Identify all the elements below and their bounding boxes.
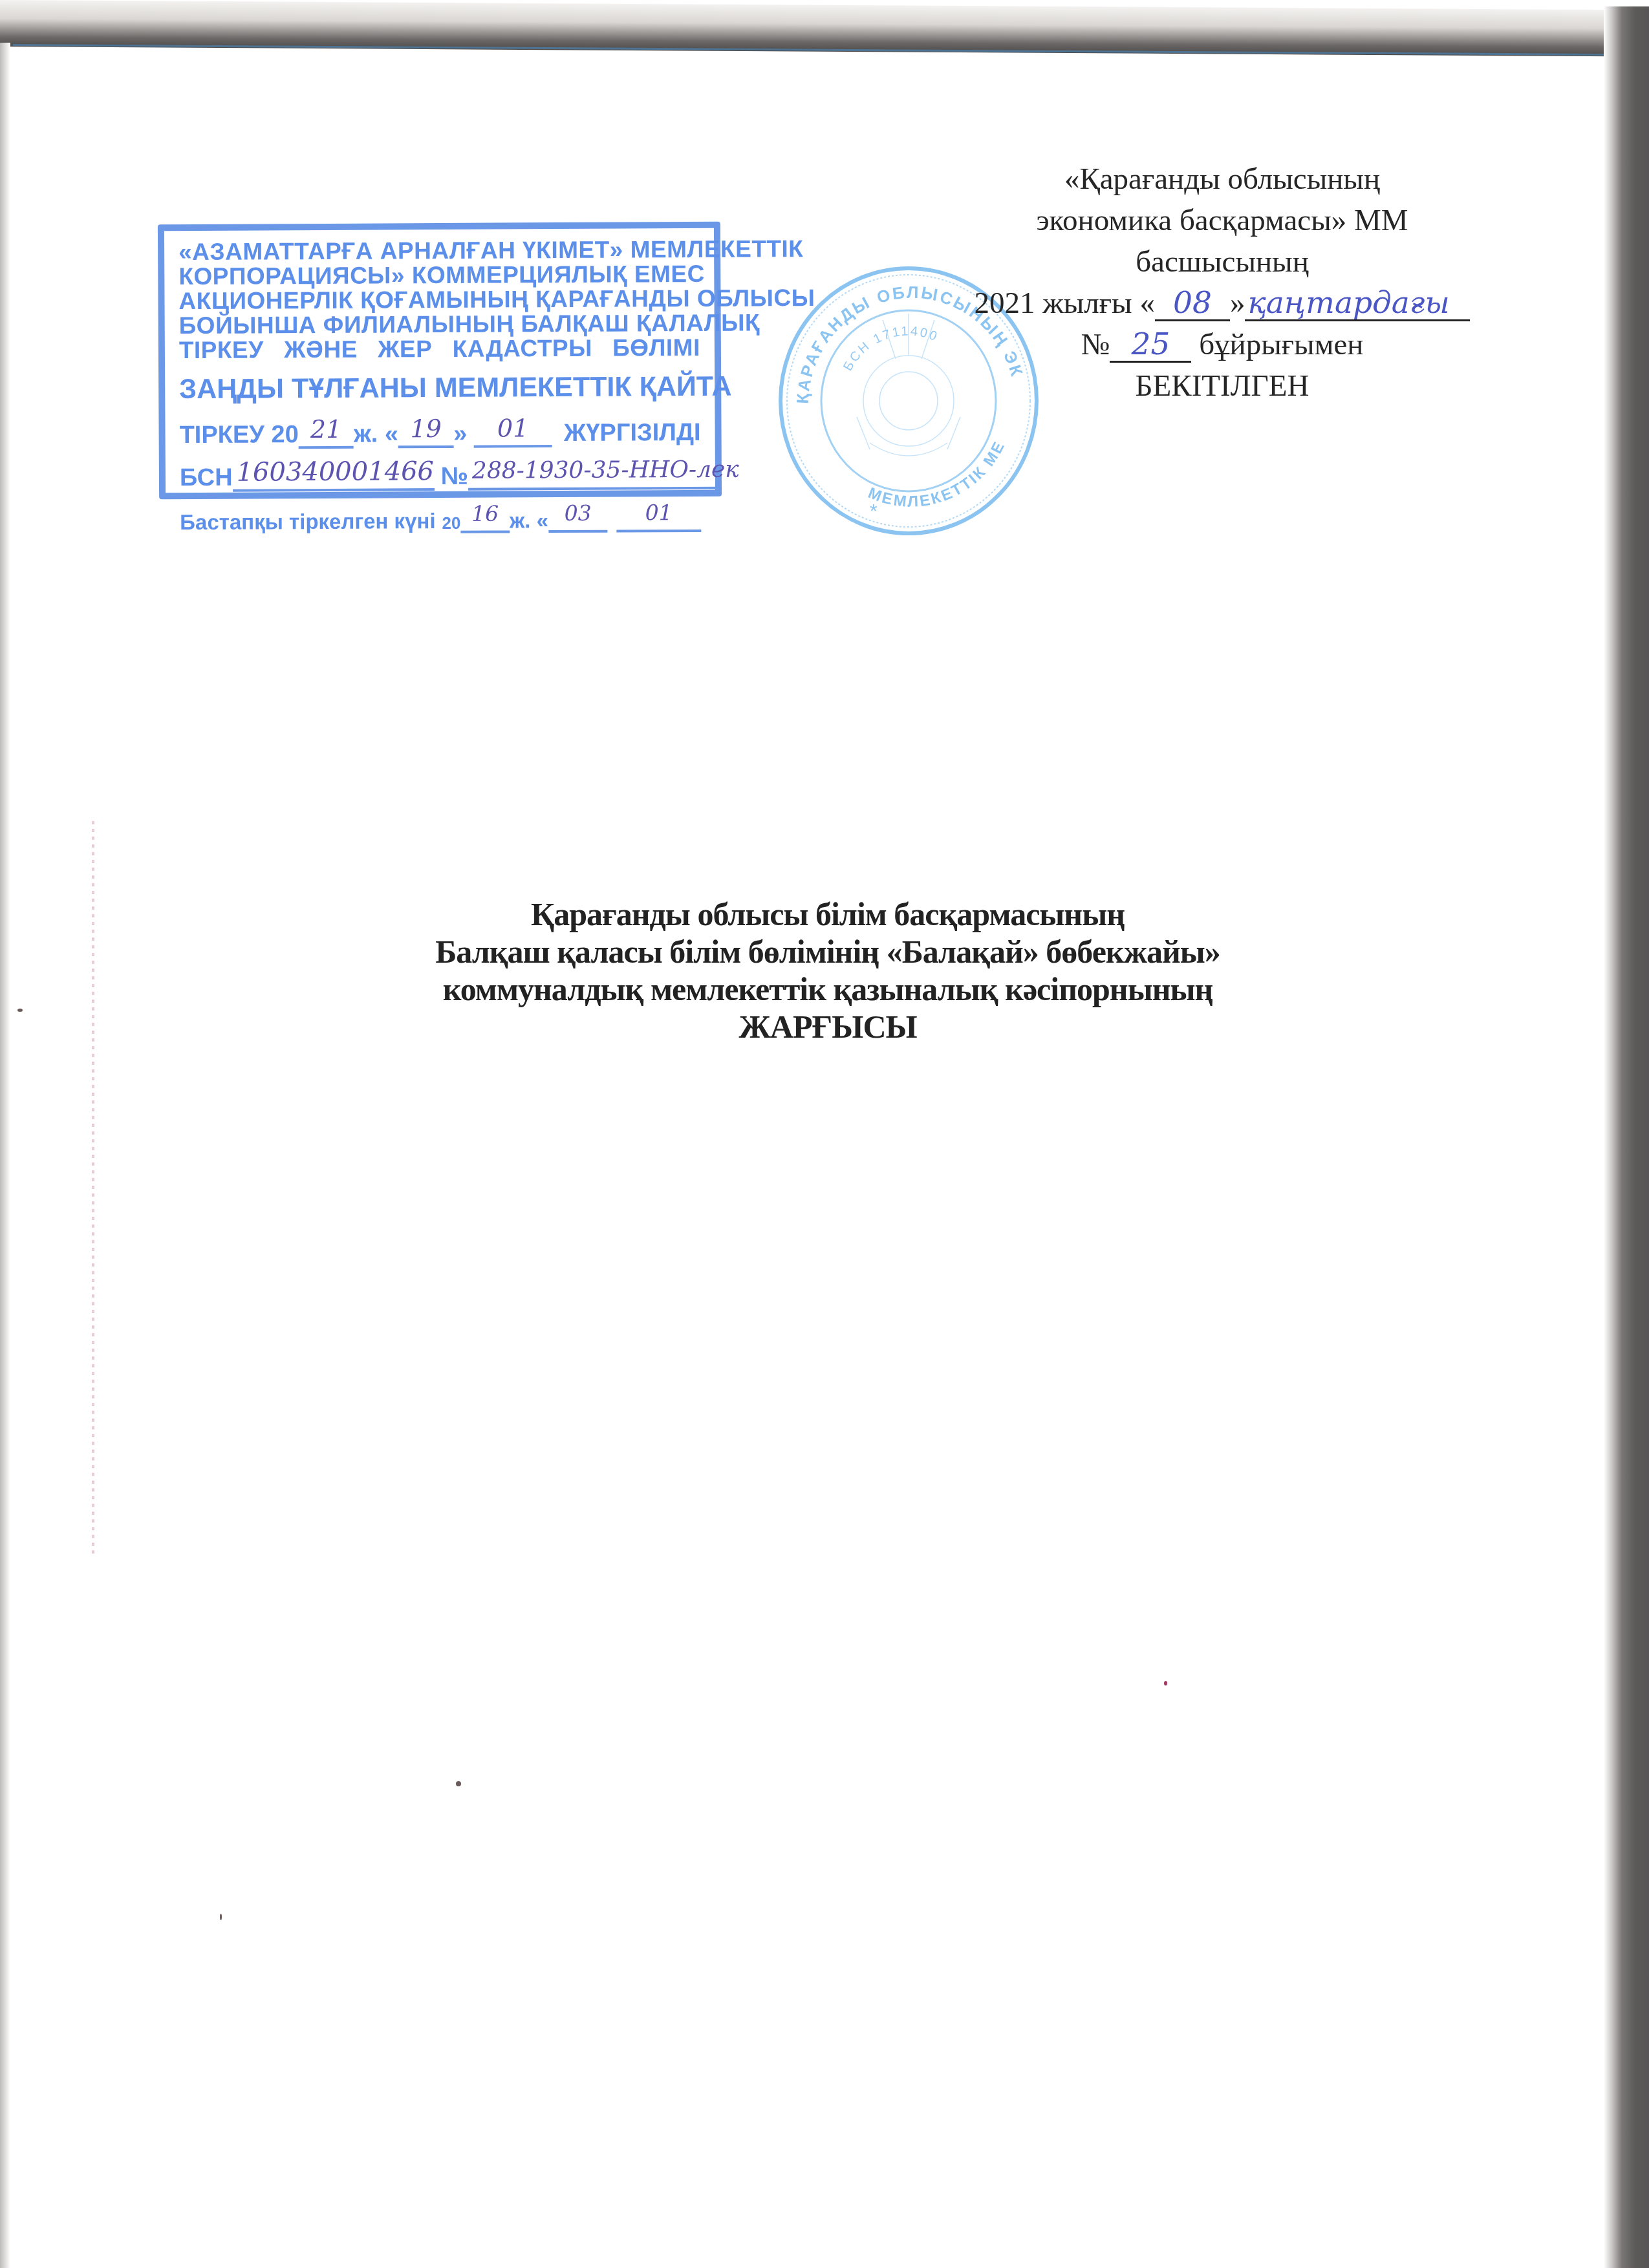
order-suffix: бұйрығымен [1199,328,1363,361]
scanner-shadow-left [0,43,10,2268]
scanner-shadow-top [0,0,1649,57]
initial-year: 16 [460,497,510,533]
initial-year-suffix: ж. « [510,508,548,533]
approval-line-3: басшысының [918,241,1526,283]
bin-row: БСН 160340001466 № 288-1930-35-ННО-лек [180,447,701,492]
initial-registration-row: Бастапқы тіркелген күні 20 16 ж. « 03 01 [180,489,701,535]
title-line-4: ЖАРҒЫСЫ [259,1008,1397,1045]
registration-day: 19 [398,412,453,448]
order-number-line: №25 бұйрығымен [918,324,1526,365]
scan-speck [456,1781,461,1786]
stamp-header-line: ТІРКЕУ ЖӘНЕ ЖЕР КАДАСТРЫ БӨЛІМІ [179,336,700,363]
registration-done: ЖҮРГІЗІЛДІ [564,419,701,447]
scan-speck [1164,1681,1167,1685]
date-prefix: 2021 жылғы « [975,286,1155,320]
initial-day: 03 [548,497,608,533]
initial-month: 01 [616,496,701,533]
date-day: 08 [1155,287,1230,321]
registration-year: 21 [299,412,354,449]
number-value: 288-1930-35-ННО-лек [468,453,722,491]
date-month: қаңтардағы [1245,287,1470,321]
order-number-prefix: № [1081,328,1110,361]
registration-date-row: ТІРКЕУ 20 21 ж. « 19 » 01 ЖҮРГІЗІЛДІ [179,404,700,449]
re-registration-heading: ЗАҢДЫ ТҰЛҒАНЫ МЕМЛЕКЕТТІК ҚАЙТА [179,369,700,407]
approval-line-2: экономика басқармасы» ММ [918,200,1526,241]
registration-prefix: ТІРКЕУ 20 [179,421,298,449]
title-line-2: Балқаш қаласы білім бөлімінің «Балақай» … [259,933,1397,970]
document-title: Қарағанды облысы білім басқармасының Бал… [259,895,1397,1045]
initial-registration-label: Бастапқы тіркелген күні [180,509,435,535]
scan-speck [17,1009,23,1012]
registration-month: 01 [473,411,552,448]
scanner-shadow-right [1604,6,1649,2268]
approval-date-line: 2021 жылғы «08»қаңтардағы [918,283,1526,324]
approval-line-1: «Қарағанды облысының [918,158,1526,200]
order-number: 25 [1110,328,1191,363]
registration-stamp: «АЗАМАТТАРҒА АРНАЛҒАН ҮКІМЕТ» МЕМЛЕКЕТТІ… [158,222,722,500]
year-suffix: ж. « [354,420,398,448]
title-line-1: Қарағанды облысы білім басқармасының [259,895,1397,933]
bin-label: БСН [180,464,233,492]
binding-stitches [92,821,94,1558]
approval-block: «Қарағанды облысының экономика басқармас… [918,158,1526,407]
title-line-3: коммуналдық мемлекеттік қазыналық кәсіпо… [259,970,1397,1008]
number-label: № [441,463,469,491]
day-suffix: » [453,420,467,448]
approved-label: БЕКІТІЛГЕН [918,365,1526,407]
bin-value: 160340001466 [232,455,434,492]
initial-year-prefix: 20 [442,513,460,533]
scan-speck [220,1914,222,1920]
date-close: » [1230,286,1245,320]
